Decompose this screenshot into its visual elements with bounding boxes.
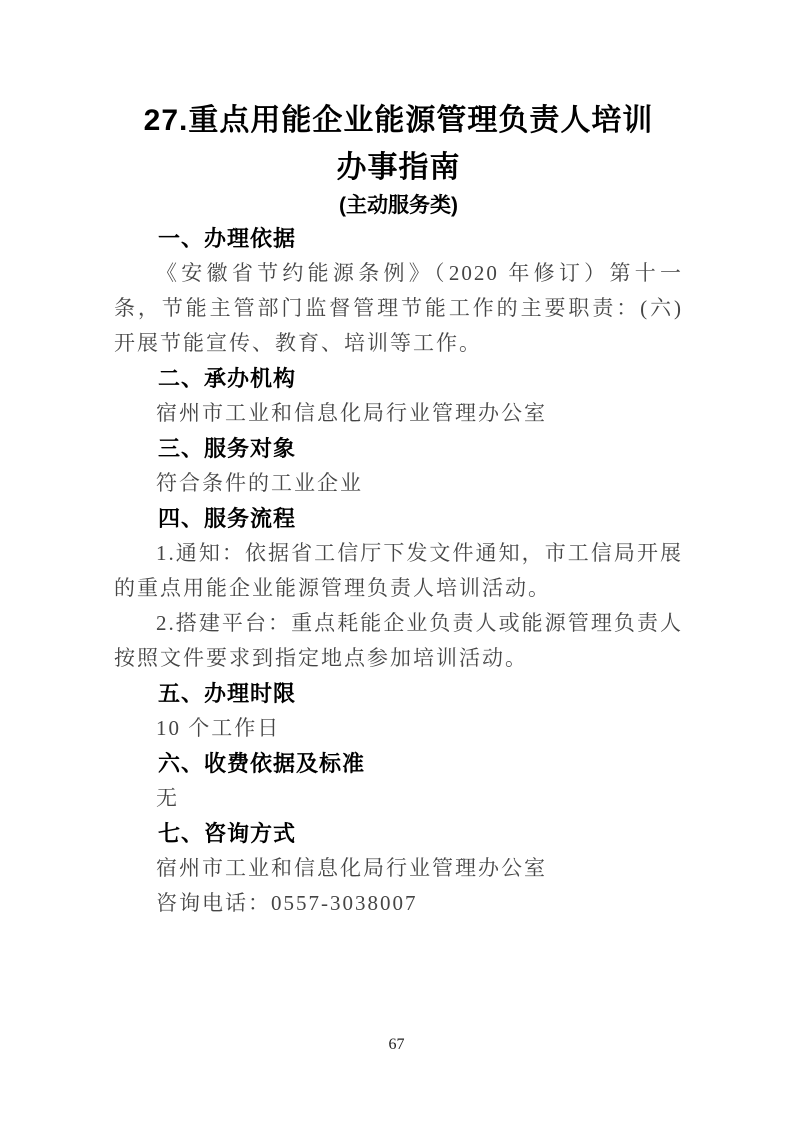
section-paragraph: 宿州市工业和信息化局行业管理办公室 <box>114 396 683 431</box>
section-paragraph: 2.搭建平台：重点耗能企业负责人或能源管理负责人按照文件要求到指定地点参加培训活… <box>114 606 683 676</box>
section-paragraph: 无 <box>114 781 683 816</box>
section-paragraph: 1.通知：依据省工信厅下发文件通知，市工信局开展的重点用能企业能源管理负责人培训… <box>114 536 683 606</box>
document-subtitle: (主动服务类) <box>114 191 683 221</box>
section-heading: 一、办理依据 <box>114 221 683 256</box>
section-paragraph: 咨询电话：0557-3038007 <box>114 886 683 921</box>
section-paragraph: 《安徽省节约能源条例》（2020 年修订）第十一条，节能主管部门监督管理节能工作… <box>114 256 683 361</box>
document-page: 27.重点用能企业能源管理负责人培训 办事指南 (主动服务类) 一、办理依据《安… <box>0 0 793 1122</box>
title-line-1: 27.重点用能企业能源管理负责人培训 <box>114 97 683 144</box>
section-paragraph: 符合条件的工业企业 <box>114 466 683 501</box>
section-heading: 六、收费依据及标准 <box>114 746 683 781</box>
section-paragraph: 10 个工作日 <box>114 711 683 746</box>
sections-container: 一、办理依据《安徽省节约能源条例》（2020 年修订）第十一条，节能主管部门监督… <box>114 221 683 921</box>
page-number: 67 <box>0 1036 793 1054</box>
section-heading: 三、服务对象 <box>114 431 683 466</box>
section-heading: 七、咨询方式 <box>114 816 683 851</box>
title-line-2: 办事指南 <box>114 144 683 191</box>
document-title: 27.重点用能企业能源管理负责人培训 办事指南 <box>114 97 683 191</box>
section-paragraph: 宿州市工业和信息化局行业管理办公室 <box>114 851 683 886</box>
section-heading: 二、承办机构 <box>114 361 683 396</box>
section-heading: 四、服务流程 <box>114 501 683 536</box>
section-heading: 五、办理时限 <box>114 676 683 711</box>
